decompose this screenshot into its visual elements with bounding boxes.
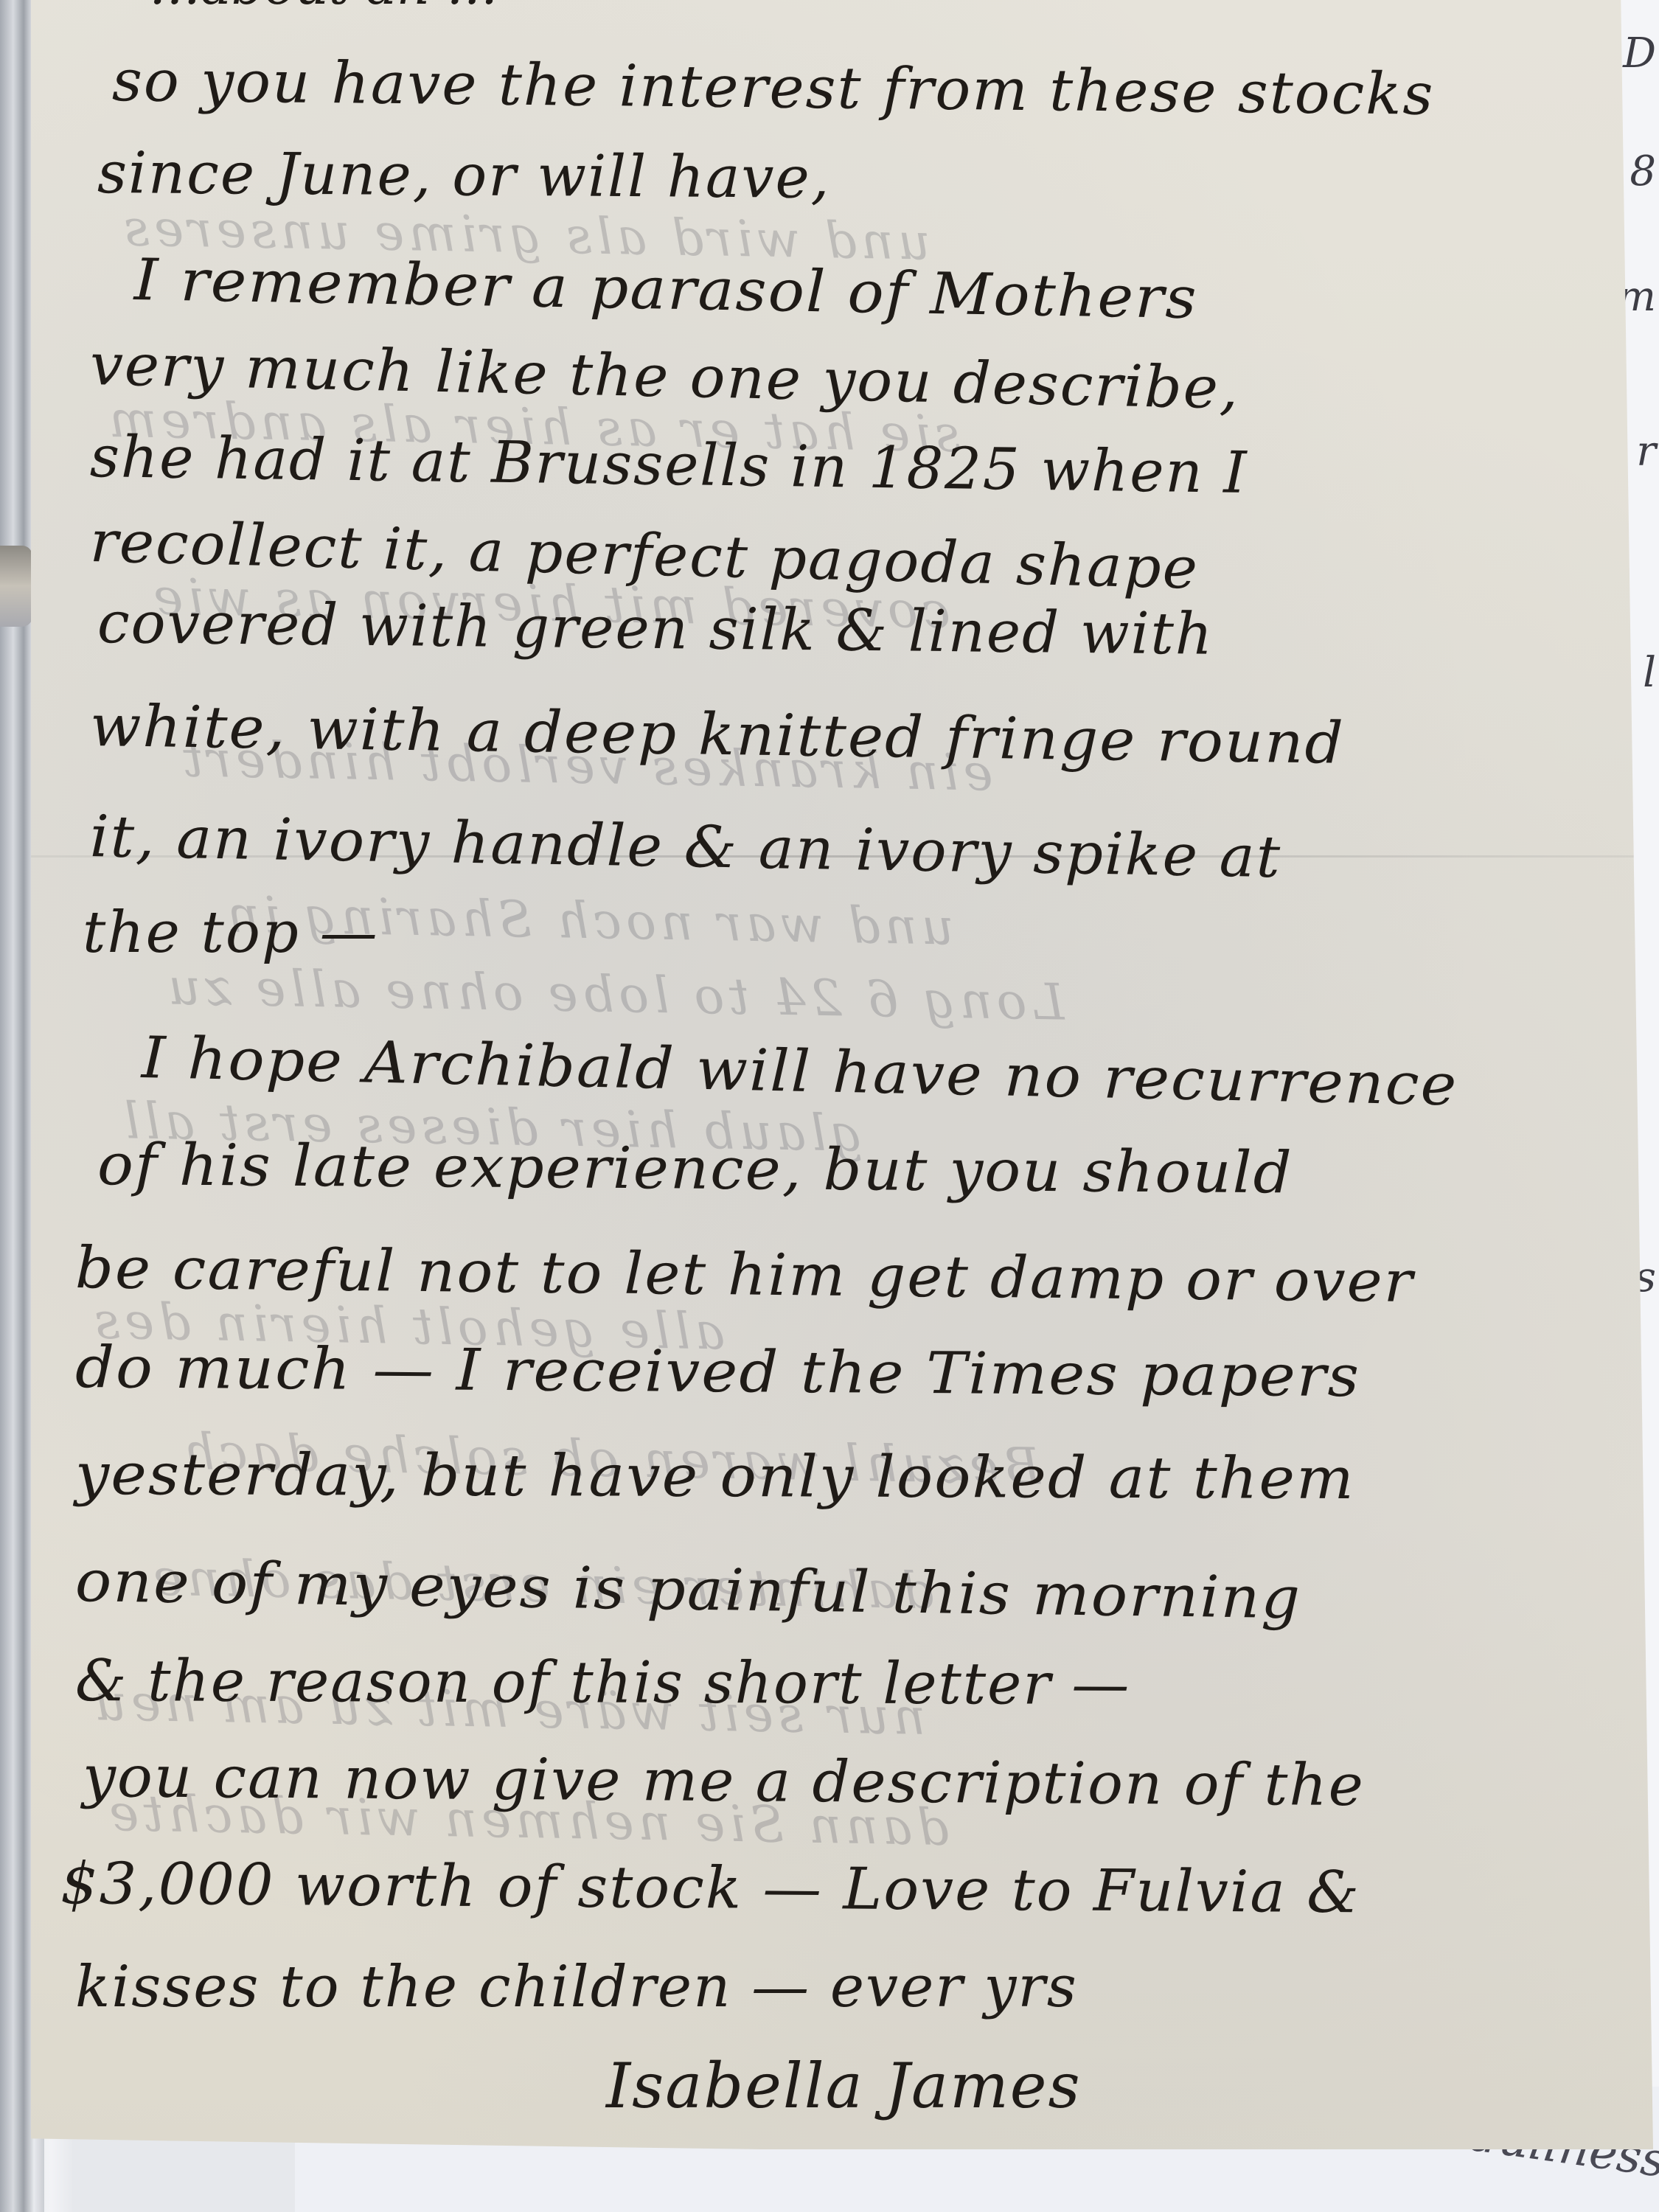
signature: Isabella James: [606, 2050, 1082, 2122]
margin-fragment: 8: [1630, 147, 1656, 195]
margin-fragment: l: [1643, 649, 1656, 697]
margin-fragment: D: [1623, 29, 1656, 77]
letter-line: very much like the one you describe,: [89, 332, 1240, 422]
letter-line: it, an ivory handle & an ivory spike at: [89, 804, 1282, 891]
letter-line: you can now give me a description of the: [83, 1744, 1365, 1819]
letter-line: recollect it, a perfect pagoda shape: [89, 509, 1200, 602]
letter-line: one of my eyes is painful this morning: [74, 1548, 1301, 1632]
letter-line: covered with green silk & lined with: [97, 590, 1214, 668]
letter-line: $3,000 worth of stock — Love to Fulvia &: [60, 1851, 1361, 1926]
letter-line: since June, or will have,: [97, 140, 831, 212]
photo-scene: D 8 m r l s dullness und wird als grime …: [0, 0, 1659, 2212]
letter-line: I hope Archibald will have no recurrence: [141, 1025, 1458, 1119]
letter-line: of his late experience, but you should: [97, 1132, 1293, 1206]
letter-line: & the reason of this short letter —: [75, 1648, 1131, 1718]
margin-fragment: r: [1636, 428, 1656, 476]
letter-sheet: und wird als grime unseres sie hat er as…: [31, 0, 1653, 2149]
binder-clip: [0, 546, 32, 627]
letter-line: be careful not to let him get damp or ov…: [75, 1235, 1415, 1315]
letter-line: do much — I received the Times papers: [75, 1335, 1361, 1410]
letter-line: so you have the interest from these stoc…: [112, 48, 1435, 128]
cropped-top-line: …about an …: [149, 0, 498, 16]
letter-line: kisses to the children — ever yrs: [75, 1954, 1078, 2020]
letter-line: white, with a deep knitted fringe round: [89, 693, 1345, 777]
letter-line: the top —: [83, 900, 379, 966]
letter-line: yesterday, but have only looked at them: [75, 1441, 1355, 1512]
letter-line: she had it at Brussells in 1825 when I: [89, 424, 1248, 507]
letter-line: I remember a parasol of Mothers: [133, 247, 1198, 332]
